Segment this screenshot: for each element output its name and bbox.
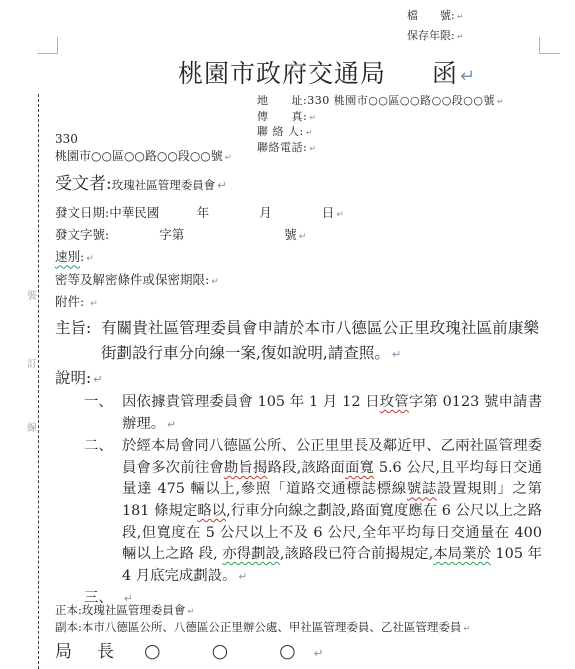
document-title: 桃園市政府交通局函↵ [178,54,476,90]
attachment-label: 附件: [55,294,88,309]
subject-body: 有關貴社區管理委員會申請於本市八德區公正里玫瑰社區前康樂街劃設行車分向線一案,復… [101,319,539,362]
agency-address: 地 址:330 桃園市○○區○○路○○段○○號 [257,94,495,107]
attachment-line: 附件: ↵ [55,292,344,314]
pilcrow-mark: ↵ [211,277,219,287]
recipient-zip-code: 330 [55,132,78,146]
official-letter-page: 檔 號:↵ 保存年限:↵ 桃園市政府交通局函↵ 地 址:330 桃園市○○區○○… [0,0,575,669]
original-recipient: 正本:玫瑰社區管理委員會 [55,603,185,617]
subject-text: 有關貴社區管理委員會申請於本市八德區公正里玫瑰社區前康樂街劃設行車分向線一案,復… [55,316,539,367]
binding-mark-zhuang: 裝 [25,287,39,302]
signer-title: 局 長 [55,642,118,662]
original-recipient-line: 正本:玫瑰社區管理委員會↵ [55,602,194,618]
recipient-name: 玫瑰社區管理委員會 [112,178,216,192]
pilcrow-mark: ↵ [309,113,316,122]
item-text: 因依據貴管理委員會 105 年 1 月 12 日玫管字第 0123 號申請書辦理… [122,394,542,432]
secrecy-line: 密等及解密條件或保密期限:↵ [55,270,344,292]
signature-line: 局 長○ ○ ○↵ [55,636,323,663]
description-label: 說明: [55,369,91,387]
text-boundary-corner-left [37,37,58,54]
agency-contact-person-line: 聯 絡 人:↵ [257,125,504,141]
document-type: 函 [432,59,458,88]
issue-date-line: 發文日期:中華民國 年 月 日↵ [55,203,344,225]
retention-label: 保存年限: [407,29,455,42]
description-label-line: 說明:↵ [55,366,103,388]
description-items: 一、因依據貴管理委員會 105 年 1 月 12 日玫管字第 0123 號申請書… [84,392,542,611]
binding-dashed-line [38,94,39,669]
file-number-label: 檔 號: [407,9,455,22]
agency-contact-block: 地 址:330 桃園市○○區○○路○○段○○號↵ 傳 真:↵ 聯 絡 人:↵ 聯… [257,94,504,156]
copy-recipient: 副本:本市八德區公所、八德區公正里辦公處、甲社區管理委員、乙社區管理委員 [55,620,461,634]
pilcrow-mark: ↵ [457,12,464,21]
description-item-1: 一、因依據貴管理委員會 105 年 1 月 12 日玫管字第 0123 號申請書… [84,392,542,436]
agency-fax-line: 傳 真:↵ [257,110,504,126]
recipient-address: 桃園市○○區○○路○○段○○號 [55,149,223,163]
agency-contact-person: 聯 絡 人: [257,125,304,138]
binding-mark-xian: 線 [25,419,39,434]
recipient-label: 受文者: [55,174,112,194]
pilcrow-mark: ↵ [314,646,324,660]
retention-line: 保存年限:↵ [407,26,463,46]
file-number-line: 檔 號:↵ [407,6,463,26]
pilcrow-mark: ↵ [336,210,344,220]
text-boundary-corner-right [539,37,560,54]
item-text: 於經本局會同八德區公所、公正里里長及鄰近甲、乙兩社區管理委員會多次前往會勘旨揭路… [122,438,542,584]
item-number: 二、 [84,436,113,458]
agency-address-line: 地 址:330 桃園市○○區○○路○○段○○號↵ [257,94,504,110]
description-item-2: 二、於經本局會同八德區公所、公正里里長及鄰近甲、乙兩社區管理委員會多次前往會勘旨… [84,436,542,588]
agency-fax: 傳 真: [257,110,307,123]
issue-date: 發文日期:中華民國 年 月 日 [55,205,334,220]
copy-recipient-line: 副本:本市八德區公所、八德區公正里辦公處、甲社區管理委員、乙社區管理委員↵ [55,619,470,635]
pilcrow-mark: ↵ [460,66,476,87]
pilcrow-mark: ↵ [217,178,227,192]
pilcrow-mark: ↵ [497,97,504,106]
item-number: 一、 [84,392,113,414]
doc-number-line: 發文字號: 字第 號↵ [55,225,344,247]
binding-mark-ding: 訂 [25,355,39,370]
recipient-line: 受文者:玫瑰社區管理委員會↵ [55,169,227,194]
pilcrow-mark: ↵ [299,232,307,242]
signer-name-placeholder: ○ ○ ○ [144,640,312,662]
subject-block: 主旨: 有關貴社區管理委員會申請於本市八德區公正里玫瑰社區前康樂街劃設行車分向線… [55,316,539,367]
doc-number: 發文字號: 字第 號 [55,227,297,242]
pilcrow-mark: ↵ [187,606,194,616]
agency-phone: 聯絡電話: [257,141,307,154]
issuing-agency-name: 桃園市政府交通局 [178,59,386,88]
file-number-block: 檔 號:↵ 保存年限:↵ [407,6,463,46]
pilcrow-mark: ↵ [90,299,98,309]
agency-phone-line: 聯絡電話:↵ [257,141,504,157]
pilcrow-mark: ↵ [392,348,401,361]
speed-class-line: 速別:↵ [55,247,344,269]
pilcrow-mark: ↵ [309,144,316,153]
secrecy-label: 密等及解密條件或保密期限: [55,272,209,287]
pilcrow-mark: ↵ [463,623,470,633]
subject-label: 主旨: [55,316,91,341]
pilcrow-mark: ↵ [306,128,313,137]
recipient-address-line: 桃園市○○區○○路○○段○○號↵ [55,147,232,164]
pilcrow-mark: ↵ [457,32,464,41]
pilcrow-mark: ↵ [225,153,232,163]
pilcrow-mark: ↵ [93,373,102,386]
